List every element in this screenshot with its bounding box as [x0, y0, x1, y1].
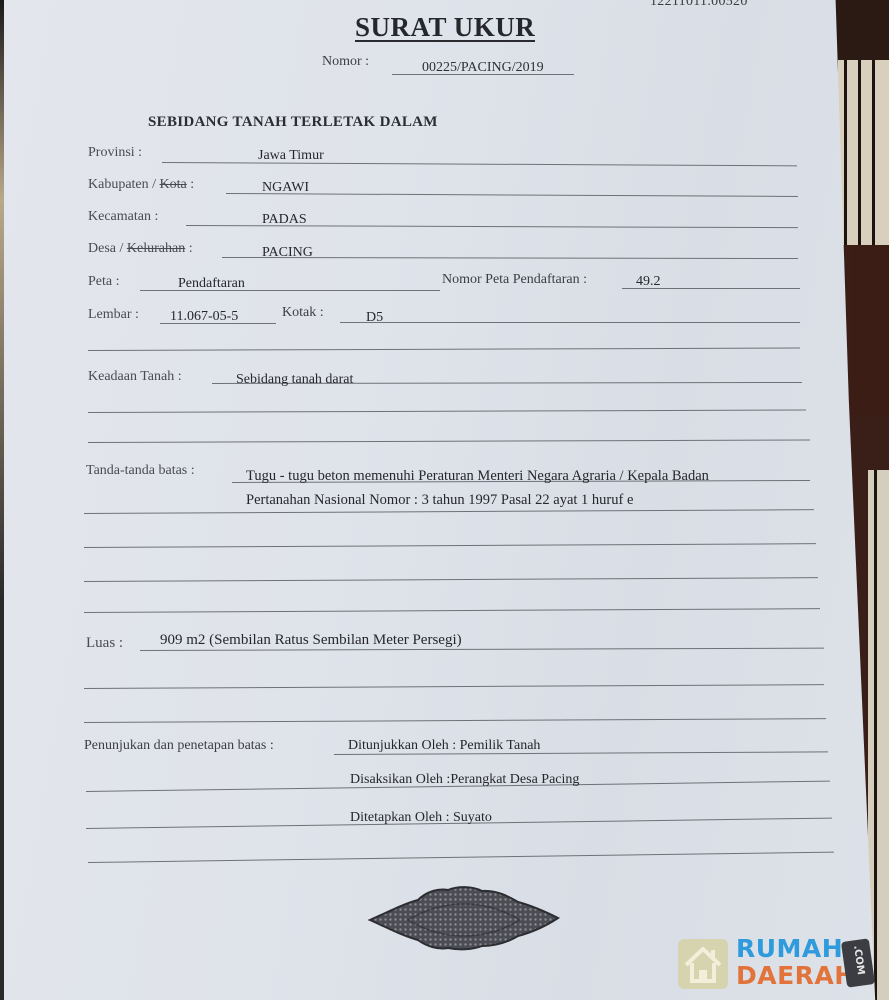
tanda-batas-line2: Pertanahan Nasional Nomor : 3 tahun 1997… [246, 492, 633, 509]
section-heading: SEBIDANG TANAH TERLETAK DALAM [148, 114, 438, 131]
luas-value: 909 m2 (Sembilan Ratus Sembilan Meter Pe… [160, 632, 462, 649]
nomor-value: 00225/PACING/2019 [422, 60, 544, 76]
rumahdaerah-watermark: RUMAH DAERAH .COM [678, 934, 878, 992]
provinsi-label: Provinsi : [88, 145, 142, 161]
kecamatan-label: Kecamatan : [88, 209, 158, 225]
disaksikan-oleh: Disaksikan Oleh :Perangkat Desa Pacing [350, 772, 579, 788]
document-number: 12211011.00520 [650, 0, 748, 10]
penunjukan-label: Penunjukan dan penetapan batas : [84, 738, 274, 754]
peta-label: Peta : [88, 274, 120, 290]
security-ornament-icon [368, 882, 560, 952]
lembar-label: Lembar : [88, 307, 139, 323]
document-title: SURAT UKUR [355, 14, 535, 42]
desa-label: Desa / Kelurahan : [88, 241, 193, 257]
luas-label: Luas : [86, 635, 123, 652]
ditunjukkan-oleh: Ditunjukkan Oleh : Pemilik Tanah [348, 738, 540, 754]
watermark-word-daerah: DAERAH [736, 961, 856, 990]
tanda-batas-line1: Tugu - tugu beton memenuhi Peraturan Men… [246, 468, 709, 485]
kecamatan-value: PADAS [262, 212, 307, 228]
tanda-batas-label: Tanda-tanda batas : [86, 463, 195, 479]
kotak-value: D5 [366, 310, 383, 326]
kotak-label: Kotak : [282, 305, 324, 321]
keadaan-tanah-label: Keadaan Tanah : [88, 369, 182, 385]
nomor-peta-label: Nomor Peta Pendaftaran : [442, 272, 587, 288]
house-icon [678, 939, 728, 989]
nomor-peta-value: 49.2 [636, 274, 661, 290]
watermark-com-tag: .COM [841, 938, 875, 987]
keadaan-tanah-value: Sebidang tanah darat [236, 372, 353, 388]
watermark-word-rumah: RUMAH [736, 934, 843, 963]
kabupaten-value: NGAWI [262, 180, 309, 196]
ditetapkan-oleh: Ditetapkan Oleh : Suyato [350, 810, 492, 826]
peta-value: Pendaftaran [178, 276, 245, 292]
nomor-label: Nomor : [322, 54, 369, 70]
desa-value: PACING [262, 245, 313, 261]
lembar-value: 11.067-05-5 [170, 309, 238, 325]
surat-ukur-document: 12211011.00520 SURAT UKUR Nomor : 00225/… [0, 0, 889, 1000]
kabupaten-label: Kabupaten / Kota : [88, 177, 194, 193]
provinsi-value: Jawa Timur [258, 148, 324, 164]
